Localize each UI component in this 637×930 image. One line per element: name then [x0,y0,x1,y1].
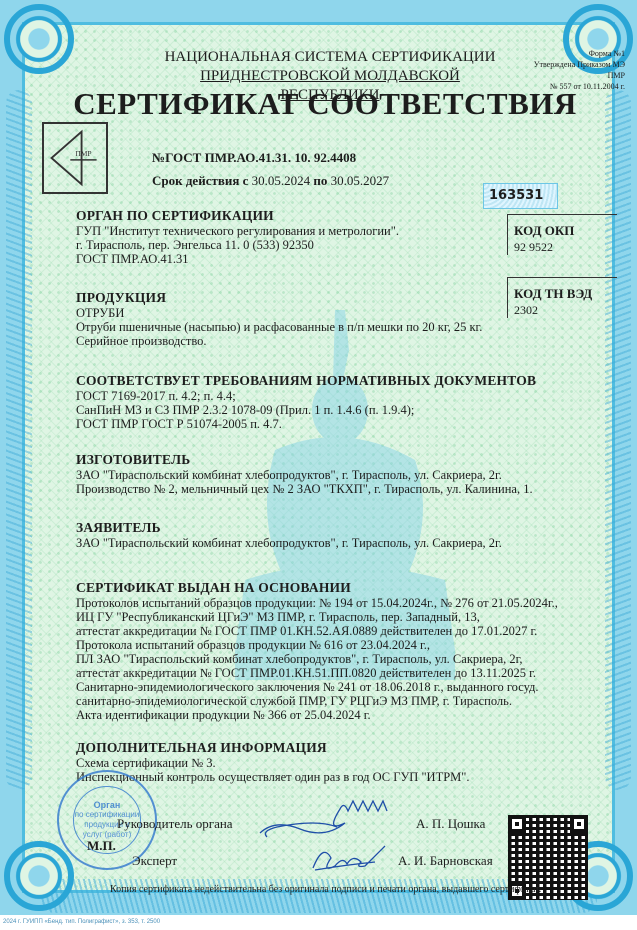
product-line: ОТРУБИ [76,306,546,320]
basis-line: аттестат аккредитации № ГОСТ ПМР 01.КН.5… [76,624,546,638]
head-label: Руководитель органа [117,816,233,832]
section-manufacturer: ИЗГОТОВИТЕЛЬ ЗАО "Тираспольский комбинат… [76,452,546,496]
compliance-line: ГОСТ ПМР ГОСТ Р 51074-2005 п. 4.7. [76,417,546,431]
corner-ornament-icon [4,841,74,911]
section-product: ПРОДУКЦИЯ ОТРУБИ Отруби пшеничные (насып… [76,290,546,348]
applicant-line: ЗАО "Тираспольский комбинат хлебопродукт… [76,536,546,550]
validity-label: Срок действия с [152,173,248,188]
body-line: ГОСТ ПМР.АО.41.31 [76,252,546,266]
product-line: Серийное производство. [76,334,546,348]
section-title: ОРГАН ПО СЕРТИФИКАЦИИ [76,208,546,224]
pmr-logo-icon: ПМР [44,124,106,192]
pmr-logo: ПМР [42,122,108,194]
product-line: Отруби пшеничные (насыпью) и расфасованн… [76,320,546,334]
certificate-sheet: НАЦИОНАЛЬНАЯ СИСТЕМА СЕРТИФИКАЦИИ ПРИДНЕ… [0,0,637,915]
valid-from: 30.05.2024 [252,173,311,188]
body-line: ГУП "Институт технического регулирования… [76,224,546,238]
compliance-line: СанПиН МЗ и СЗ ПМР 2.3.2 1078-09 (Прил. … [76,403,546,417]
corner-ornament-icon [4,4,74,74]
certificate-number: №ГОСТ ПМР.АО.41.31. 10. 92.4408 [152,150,356,166]
qr-finder [508,815,526,833]
qr-finder [570,815,588,833]
printer-imprint: 2024 г. ГУИПП «Бенд. тип. Полиграфист», … [3,919,160,925]
basis-line: санитарно-эпидемиологической службой ПМР… [76,694,546,708]
left-border-wave [6,90,32,790]
additional-line: Инспекционный контроль осуществляет один… [76,770,546,784]
section-certification-body: ОРГАН ПО СЕРТИФИКАЦИИ ГУП "Институт техн… [76,208,546,266]
basis-line: Протокола испытаний образцов продукции №… [76,638,546,652]
section-title: ПРОДУКЦИЯ [76,290,546,306]
serial-number-badge: 163531 [483,183,558,209]
section-title: СЕРТИФИКАТ ВЫДАН НА ОСНОВАНИИ [76,580,546,596]
basis-line: аттестат аккредитации № ГОСТ ПМР.01.КН.5… [76,666,546,680]
section-title: СООТВЕТСТВУЕТ ТРЕБОВАНИЯМ НОРМАТИВНЫХ ДО… [76,373,546,389]
expert-signature [305,838,395,878]
manufacturer-line: ЗАО "Тираспольский комбинат хлебопродукт… [76,468,546,482]
section-compliance: СООТВЕТСТВУЕТ ТРЕБОВАНИЯМ НОРМАТИВНЫХ ДО… [76,373,546,431]
additional-line: Схема сертификации № 3. [76,756,546,770]
compliance-line: ГОСТ 7169-2017 п. 4.2; п. 4.4; [76,389,546,403]
form-approval: Утверждена Приказом МЭ ПМР [515,59,625,81]
page-title: СЕРТИФИКАТ СООТВЕТСТВИЯ [40,86,610,122]
seal-label: М.П. [87,838,116,854]
basis-line: ИЦ ГУ "Республиканский ЦГиЭ" МЗ ПМР, г. … [76,610,546,624]
copy-validity-note: Копия сертификата недействительна без ор… [110,884,541,895]
head-name: А. П. Цошка [416,816,485,832]
expert-name: А. И. Барновская [398,853,493,869]
section-applicant: ЗАЯВИТЕЛЬ ЗАО "Тираспольский комбинат хл… [76,520,546,550]
form-number: Форма №1 [515,48,625,59]
expert-label: Эксперт [132,853,177,869]
basis-line: Акта идентификации продукции № 366 от 25… [76,708,546,722]
validity-period: Срок действия с 30.05.2024 по 30.05.2027 [152,173,389,189]
basis-line: Протоколов испытаний образцов продукции:… [76,596,546,610]
valid-to: 30.05.2027 [331,173,390,188]
basis-line: ПЛ ЗАО "Тираспольский комбинат хлебопрод… [76,652,546,666]
right-border-wave [605,90,631,790]
section-title: ДОПОЛНИТЕЛЬНАЯ ИНФОРМАЦИЯ [76,740,546,756]
basis-line: Санитарно-эпидемиологического заключения… [76,680,546,694]
section-title: ИЗГОТОВИТЕЛЬ [76,452,546,468]
svg-text:ПМР: ПМР [75,149,91,158]
body-line: г. Тирасполь, пер. Энгельса 11. 0 (533) … [76,238,546,252]
stamp-line: Орган [59,800,155,810]
header-line-1: НАЦИОНАЛЬНАЯ СИСТЕМА СЕРТИФИКАЦИИ [150,48,510,67]
manufacturer-line: Производство № 2, мельничный цех № 2 ЗАО… [76,482,546,496]
section-title: ЗАЯВИТЕЛЬ [76,520,546,536]
section-basis: СЕРТИФИКАТ ВЫДАН НА ОСНОВАНИИ Протоколов… [76,580,546,722]
section-additional-info: ДОПОЛНИТЕЛЬНАЯ ИНФОРМАЦИЯ Схема сертифик… [76,740,546,784]
validity-to-label: по [313,173,327,188]
